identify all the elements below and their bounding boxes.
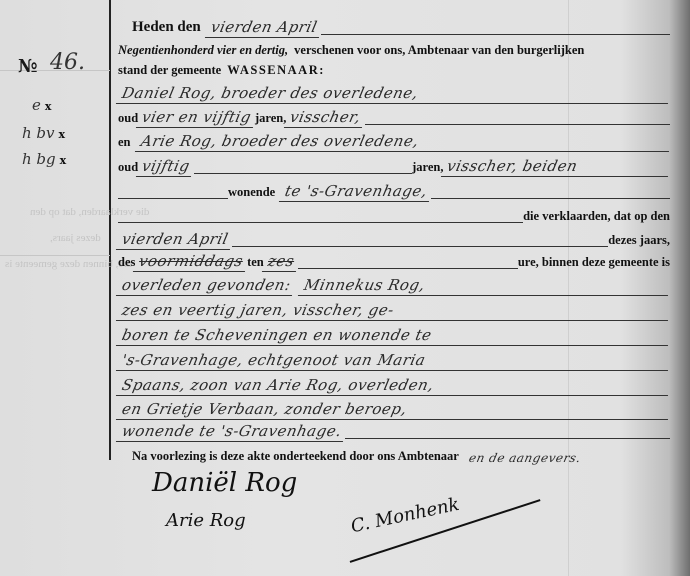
margin-note-mark: x — [59, 128, 66, 141]
handwritten-date: vierden April — [205, 18, 323, 38]
line-age-1: oud vier en vijftig jaren, visscher, — [118, 106, 670, 128]
line-age-2: oud vijftig jaren, visscher, beiden — [118, 155, 670, 177]
margin-note-mark: x — [60, 154, 67, 167]
margin-note: h bgx — [22, 150, 66, 168]
handwritten-text: visscher, — [284, 108, 367, 128]
margin-faint-rule — [0, 255, 110, 256]
printed-text: oud — [118, 111, 138, 128]
line-declarant-1: Daniel Rog, broeder des overledene, — [118, 82, 670, 104]
fill-line — [431, 197, 670, 199]
margin-note-text: e — [32, 96, 41, 114]
line-gemeente: stand der gemeente WASSENAAR: — [118, 58, 670, 80]
handwritten-text: vijftig — [136, 157, 196, 177]
line-heden: Heden den vierden April — [118, 16, 670, 38]
handwritten-text: voormiddags — [133, 252, 249, 272]
printed-text: wonende — [228, 185, 275, 202]
margin-note-text: h bv — [22, 124, 55, 142]
line-verklaarden: die verklaarden, dat op den — [118, 204, 670, 226]
line-hand-1: zes en veertig jaren, visscher, ge- — [118, 299, 670, 321]
margin-note-mark: x — [45, 100, 52, 113]
margin-note: h bvx — [22, 124, 65, 142]
fill-line — [321, 33, 670, 35]
record-number-label: № — [18, 56, 38, 77]
handwritten-text: Arie Rog, broeder des overledene, — [134, 132, 672, 152]
handwritten-text: zes — [262, 252, 300, 272]
ghost-text: dezes jaars, — [50, 232, 101, 244]
line-hand-2: boren te Scheveningen en wonende te — [118, 324, 670, 346]
fill-line — [345, 437, 670, 439]
margin-note-text: h bg — [22, 150, 56, 168]
margin-rule — [109, 0, 111, 460]
handwritten-text: Daniel Rog, broeder des overledene, — [116, 84, 672, 104]
printed-text: Na voorlezing is deze akte onderteekend … — [132, 449, 459, 466]
line-year: Negentienhonderd vier en dertig, versche… — [118, 38, 670, 60]
handwritten-text: visscher, beiden — [441, 157, 672, 177]
municipality: WASSENAAR: — [227, 63, 325, 80]
printed-text: die verklaarden, dat op den — [523, 209, 670, 226]
line-hand-4: Spaans, zoon van Arie Rog, overleden, — [118, 374, 670, 396]
handwritten-text: en de aangevers. — [463, 451, 586, 466]
line-hand-3: 's-Gravenhage, echtgenoot van Maria — [118, 349, 670, 371]
line-hand-6: wonende te 's-Gravenhage. — [118, 420, 670, 442]
printed-text: dezes jaars, — [608, 233, 670, 250]
handwritten-text: vier en vijftig — [136, 108, 257, 128]
handwritten-text: 's-Gravenhage, echtgenoot van Maria — [116, 351, 672, 371]
line-wonende: wonende te 's-Gravenhage, — [118, 180, 670, 202]
margin-note: ex — [32, 96, 51, 114]
deceased-name: Minnekus Rog, — [298, 276, 672, 296]
fill-line — [365, 123, 670, 125]
printed-text: oud — [118, 160, 138, 177]
printed-text: Heden den — [132, 19, 201, 38]
signature-declarant-1: Daniël Rog — [152, 468, 297, 498]
printed-text: jaren, — [412, 160, 443, 177]
handwritten-text: Spaans, zoon van Arie Rog, overleden, — [116, 376, 672, 396]
line-declarant-2: en Arie Rog, broeder des overledene, — [118, 130, 670, 152]
fill-line — [298, 267, 518, 269]
handwritten-text: zes en veertig jaren, visscher, ge- — [116, 301, 672, 321]
line-date-2: vierden April dezes jaars, — [118, 228, 670, 250]
handwritten-text: boren te Scheveningen en wonende te — [116, 326, 672, 346]
ghost-text: ure, binnen deze gemeente is — [5, 258, 132, 270]
handwritten-date: vierden April — [116, 230, 234, 250]
fill-line — [194, 172, 413, 174]
line-closing: Na voorlezing is deze akte onderteekend … — [118, 444, 670, 466]
fill-line — [118, 221, 523, 223]
handwritten-text: en Grietje Verbaan, zonder beroep, — [116, 400, 672, 420]
record-page: die verklaarden, dat op den dezes jaars,… — [0, 0, 690, 576]
printed-text: en — [118, 135, 131, 152]
signature-declarant-2: Arie Rog — [166, 510, 246, 531]
line-deceased: overleden gevonden: Minnekus Rog, — [118, 274, 670, 296]
printed-text: ure, binnen deze gemeente is — [518, 255, 670, 272]
printed-text: stand der gemeente — [118, 63, 221, 80]
handwritten-text: wonende te 's-Gravenhage. — [116, 422, 348, 442]
handwritten-text: overleden gevonden: — [116, 276, 297, 296]
fill-line — [118, 197, 228, 199]
line-time: des voormiddags ten zes ure, binnen deze… — [118, 250, 670, 272]
record-number: 46. — [50, 50, 85, 75]
line-hand-5: en Grietje Verbaan, zonder beroep, — [118, 398, 670, 420]
printed-text: jaren, — [255, 111, 286, 128]
fill-line — [232, 245, 608, 247]
handwritten-text: te 's-Gravenhage, — [279, 182, 433, 202]
